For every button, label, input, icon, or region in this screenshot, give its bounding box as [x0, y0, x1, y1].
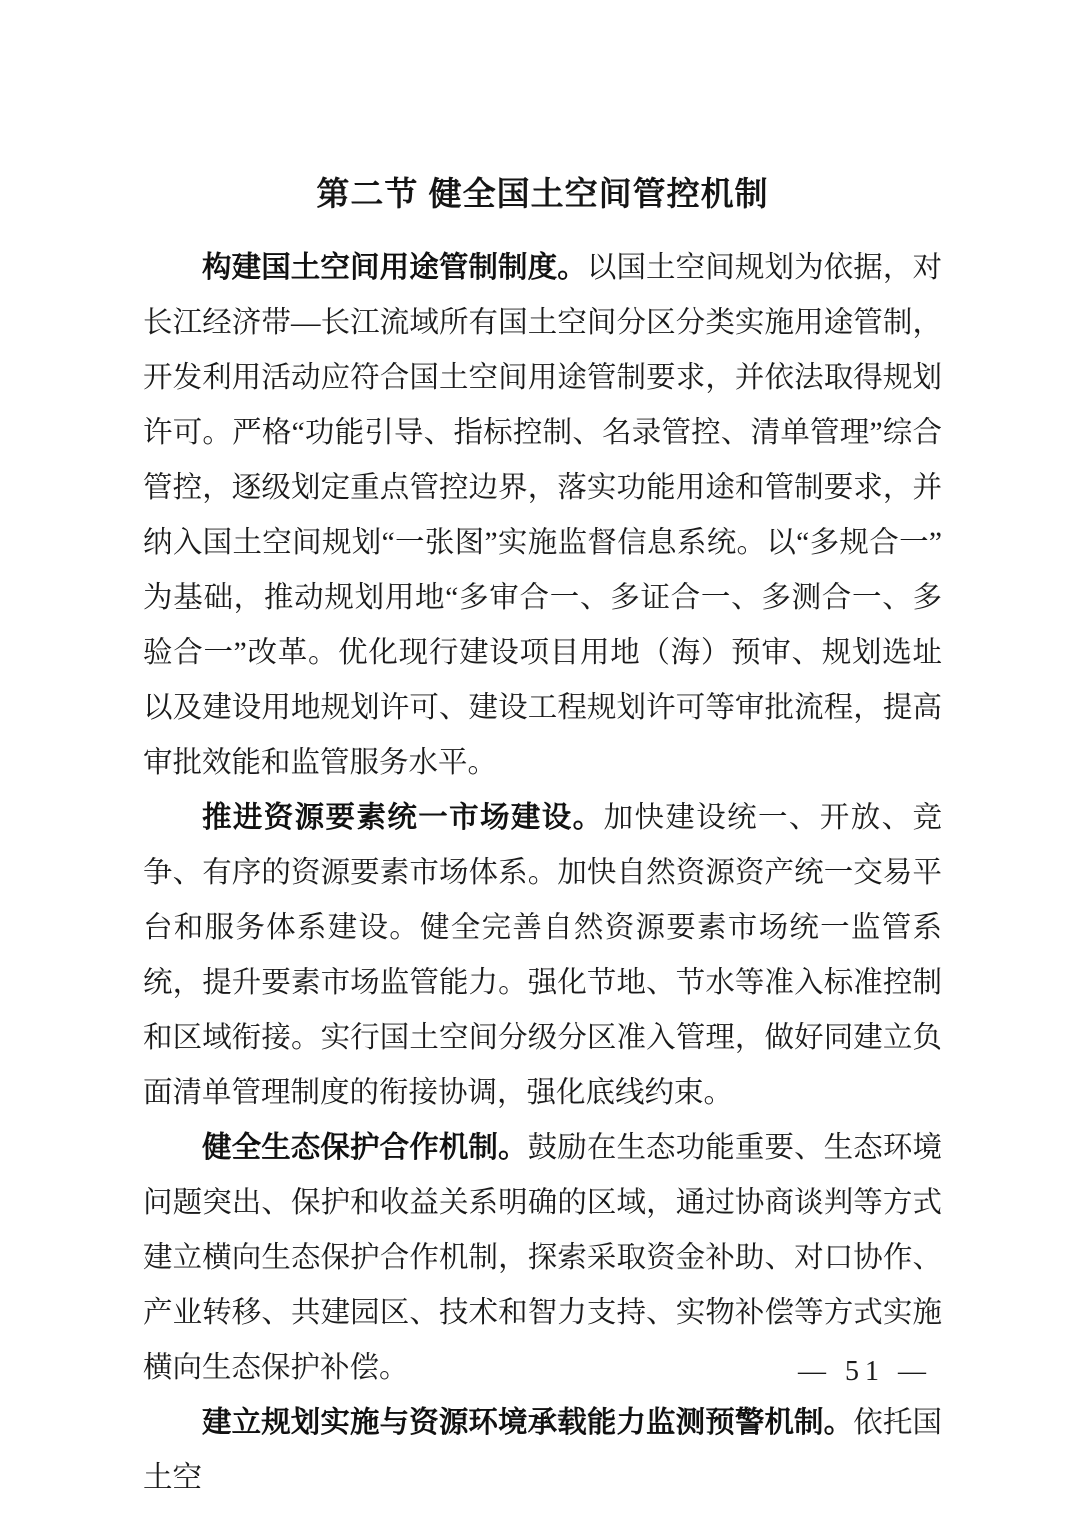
paragraph: 健全生态保护合作机制。鼓励在生态功能重要、生态环境问题突出、保护和收益关系明确的… — [143, 1121, 942, 1396]
paragraph-text: 以国土空间规划为依据，对长江经济带—长江流域所有国土空间分区分类实施用途管制，开… — [143, 252, 942, 779]
page-number: — 51 — — [798, 1356, 932, 1388]
paragraph-lead: 推进资源要素统一市场建设。 — [202, 802, 604, 834]
paragraph-lead: 构建国土空间用途管制制度。 — [202, 252, 587, 284]
page-content: 第二节 健全国土空间管控机制 构建国土空间用途管制制度。以国土空间规划为依据，对… — [0, 168, 1080, 1506]
paragraph-text: 鼓励在生态功能重要、生态环境问题突出、保护和收益关系明确的区域，通过协商谈判等方… — [143, 1132, 942, 1384]
paragraph-lead: 健全生态保护合作机制。 — [202, 1132, 528, 1164]
paragraph: 构建国土空间用途管制制度。以国土空间规划为依据，对长江经济带—长江流域所有国土空… — [143, 241, 942, 791]
paragraph: 推进资源要素统一市场建设。加快建设统一、开放、竞争、有序的资源要素市场体系。加快… — [143, 791, 942, 1121]
paragraph-text: 加快建设统一、开放、竞争、有序的资源要素市场体系。加快自然资源资产统一交易平台和… — [143, 802, 942, 1109]
paragraph: 建立规划实施与资源环境承载能力监测预警机制。依托国土空 — [143, 1396, 942, 1506]
section-title: 第二节 健全国土空间管控机制 — [143, 168, 942, 215]
paragraph-lead: 建立规划实施与资源环境承载能力监测预警机制。 — [202, 1407, 853, 1439]
document-page: 第二节 健全国土空间管控机制 构建国土空间用途管制制度。以国土空间规划为依据，对… — [0, 0, 1080, 1527]
